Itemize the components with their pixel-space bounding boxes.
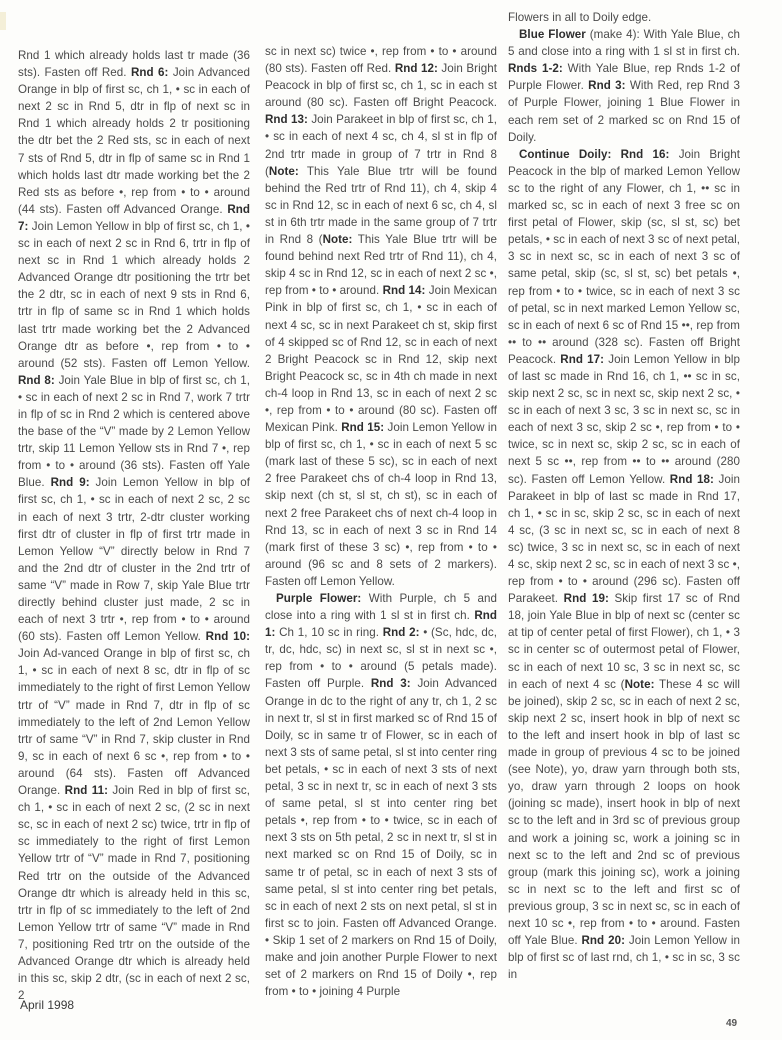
instruction-text: Join Lemon Yellow in blp of last sc made… xyxy=(508,353,740,486)
round-heading: Rnd 8: xyxy=(18,374,55,387)
round-heading: Rnd 11: xyxy=(65,784,108,797)
instruction-text: Ch 1, 10 sc in ring. xyxy=(275,626,382,639)
round-heading: Rnd 19: xyxy=(564,592,609,605)
instruction-text: Join Lemon Yellow in blp of first sc, ch… xyxy=(265,421,497,588)
page-number: 49 xyxy=(726,1018,737,1029)
round-heading: Continue Doily: Rnd 16: xyxy=(519,148,669,161)
text-column-1: Rnd 1 which already holds last tr made (… xyxy=(18,47,250,1004)
pattern-paragraph: Continue Doily: Rnd 16: Join Bright Peac… xyxy=(508,146,740,984)
round-heading: Purple Flower: xyxy=(276,592,361,605)
instruction-text: Join Yale Blue in blp of first sc, ch 1,… xyxy=(18,374,250,490)
magazine-page: Rnd 1 which already holds last tr made (… xyxy=(0,0,782,1040)
pattern-paragraph: Flowers in all to Doily edge. xyxy=(508,9,740,26)
round-heading: Rnd 9: xyxy=(51,476,90,489)
instruction-text: Join Advanced Orange in dc to the right … xyxy=(265,677,497,998)
instruction-text: Join Advanced Orange in blp of first sc,… xyxy=(18,66,250,216)
pattern-paragraph: sc in next sc) twice •, rep from • to • … xyxy=(265,43,497,590)
round-heading: Rnd 18: xyxy=(670,473,714,486)
round-heading: Note: xyxy=(323,233,353,246)
round-heading: Rnd 13: xyxy=(265,113,308,126)
instruction-text: Skip first 17 sc of Rnd 18, join Yale Bl… xyxy=(508,592,740,690)
instruction-text: These 4 sc will be joined), skip 2 sc, s… xyxy=(508,678,740,947)
round-heading: Rnd 15: xyxy=(341,421,384,434)
pattern-paragraph: Blue Flower (make 4): With Yale Blue, ch… xyxy=(508,26,740,146)
round-heading: Rnd 17: xyxy=(560,353,604,366)
round-heading: Rnd 12: xyxy=(395,62,438,75)
round-heading: Rnd 10: xyxy=(206,630,250,643)
issue-date: April 1998 xyxy=(20,998,74,1012)
round-heading: Rnd 6: xyxy=(131,66,168,79)
instruction-text: Join Lemon Yellow in blp of first sc, ch… xyxy=(18,220,250,370)
round-heading: Rnd 20: xyxy=(582,934,625,947)
scan-edge-mark xyxy=(0,12,6,30)
round-heading: Rnds 1-2: xyxy=(508,62,563,75)
instruction-text: Flowers in all to Doily edge. xyxy=(508,11,651,24)
instruction-text: Join Bright Peacock in the blp of marked… xyxy=(508,148,740,366)
round-heading: Rnd 14: xyxy=(383,284,426,297)
instruction-text: Join Mexican Pink in blp of first sc, ch… xyxy=(265,284,497,434)
round-heading: Note: xyxy=(269,165,299,178)
pattern-paragraph: Purple Flower: With Purple, ch 5 and clo… xyxy=(265,590,497,1000)
round-heading: Rnd 2: xyxy=(383,626,420,639)
round-heading: Blue Flower xyxy=(519,28,586,41)
instruction-text: Join Parakeet in blp of last sc made in … xyxy=(508,473,740,606)
round-heading: Note: xyxy=(625,678,655,691)
round-heading: Rnd 3: xyxy=(588,79,625,92)
instruction-text: Join Lemon Yellow in blp of first sc, ch… xyxy=(18,476,250,643)
instruction-text: Join Red in blp of first sc, ch 1, • sc … xyxy=(18,784,250,1002)
pattern-paragraph: Rnd 1 which already holds last tr made (… xyxy=(18,47,250,1004)
text-column-3: Flowers in all to Doily edge.Blue Flower… xyxy=(508,9,740,983)
instruction-text: Join Ad-vanced Orange in blp of first sc… xyxy=(18,647,250,797)
round-heading: Rnd 3: xyxy=(371,677,411,690)
text-column-2: sc in next sc) twice •, rep from • to • … xyxy=(265,43,497,1000)
